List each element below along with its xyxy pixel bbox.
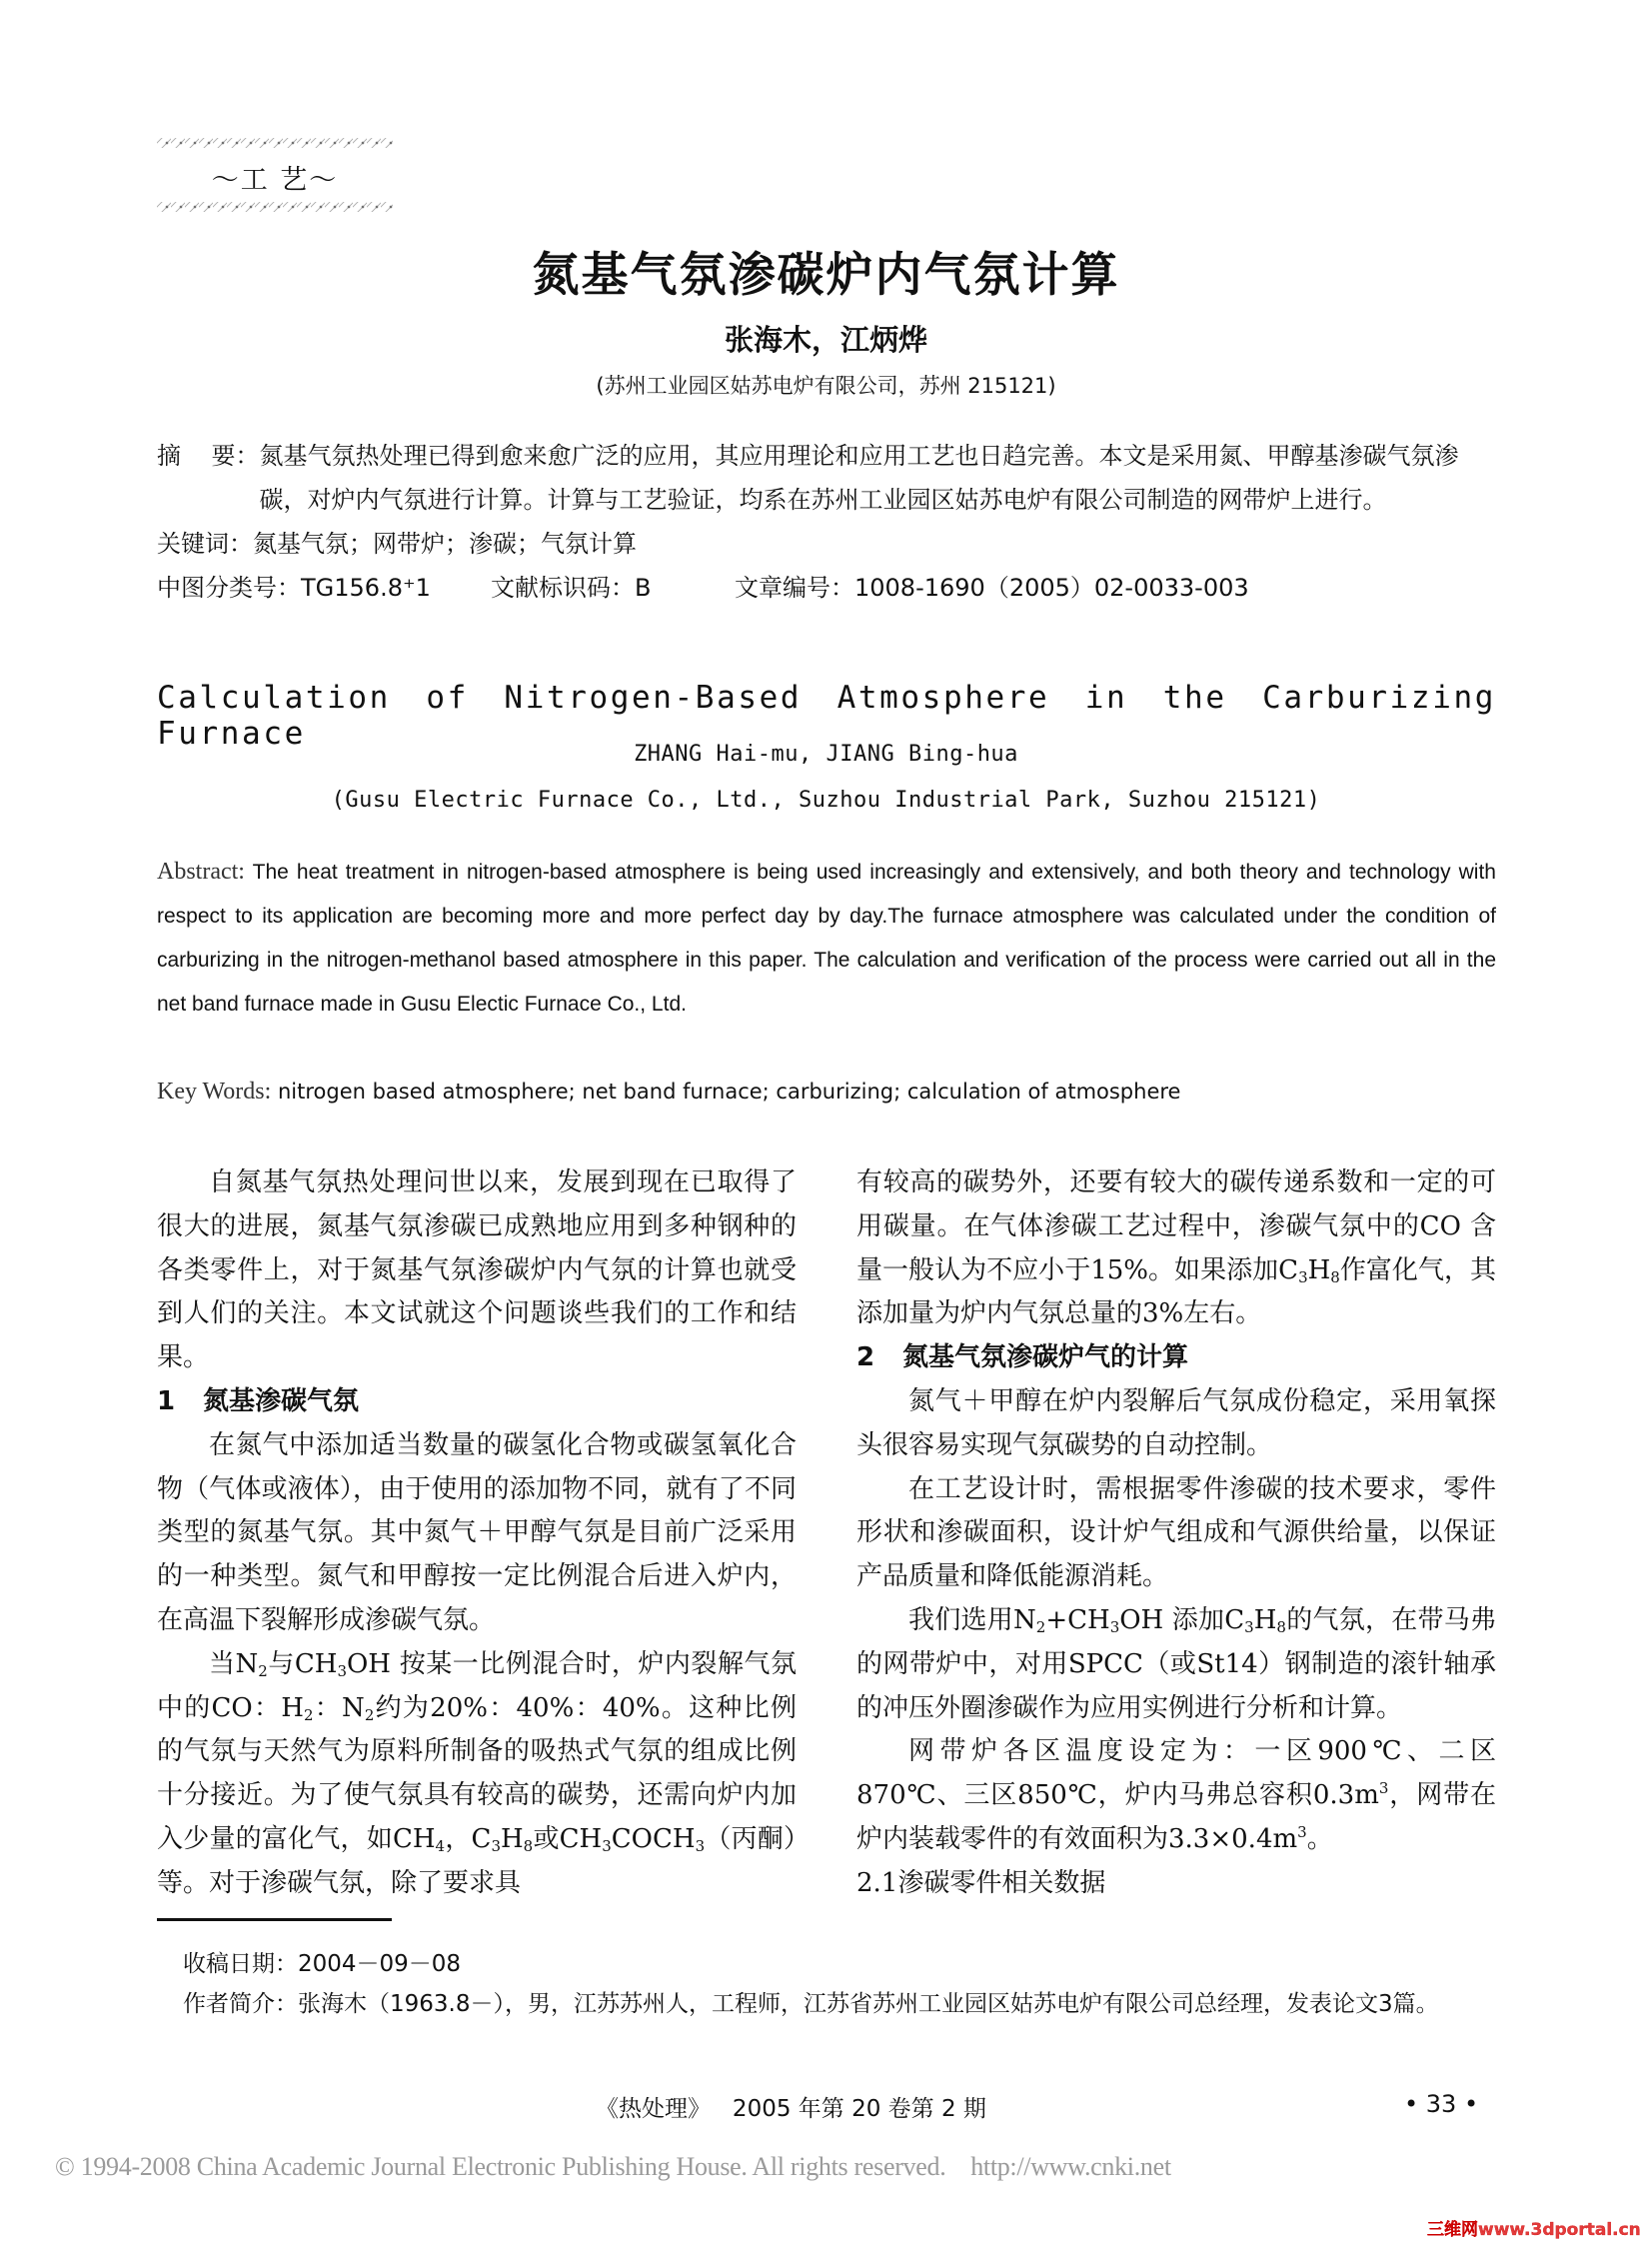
footnote-divider	[157, 1918, 392, 1921]
section-number: 2	[856, 1336, 902, 1380]
article-no-label: 文章编号：	[735, 566, 854, 610]
section-number: 1	[157, 1380, 203, 1424]
keywords-cn-text: 氮基气氛；网带炉；渗碳；气氛计算	[253, 522, 1496, 566]
subscript: 2	[258, 1662, 268, 1680]
clc-value: TG156.8⁺1	[301, 566, 491, 610]
subscript: 3	[696, 1837, 706, 1855]
text-run: ，C	[445, 1824, 491, 1854]
english-abstract-text: The heat treatment in nitrogen-based atm…	[157, 861, 1496, 1016]
keywords-cn: 关键词： 氮基气氛；网带炉；渗碳；气氛计算	[157, 522, 1496, 566]
affiliation-cn: (苏州工业园区姑苏电炉有限公司，苏州 215121)	[0, 370, 1652, 400]
received-label: 收稿日期：	[183, 1944, 298, 1984]
text-run: H	[501, 1824, 524, 1854]
paragraph-continued: 有较高的碳势外，还要有较大的碳传递系数和一定的可用碳量。在气体渗碳工艺过程中，渗…	[856, 1161, 1496, 1336]
text-run: +CH	[1045, 1605, 1109, 1635]
text-run: 。	[1307, 1824, 1333, 1854]
abstract-cn-row: 摘 要： 氮基气氛热处理已得到愈来愈广泛的应用，其应用理论和应用工艺也日趋完善。…	[157, 434, 1496, 522]
doc-code-label: 文献标识码：	[491, 566, 635, 610]
text-run: H	[1254, 1605, 1277, 1635]
subscript: 4	[436, 1837, 446, 1855]
text-run: H	[1308, 1255, 1331, 1285]
subscript: 2	[304, 1706, 314, 1724]
subsection-heading-2-1: 2.1渗碳零件相关数据	[856, 1862, 1496, 1906]
abstract-cn-label: 摘 要：	[157, 434, 260, 522]
subscript: 8	[1276, 1618, 1286, 1636]
site-watermark: 三维网www.3dportal.cn	[1427, 2215, 1641, 2240]
author-bio-label: 作者简介：	[183, 1984, 298, 2024]
paragraph-example: 我们选用N2+CH3OH 添加C3H8的气氛，在带马弗的网带炉中，对用SPCC（…	[856, 1599, 1496, 1730]
english-keywords-label: Key Words:	[157, 1079, 271, 1105]
subscript: 8	[524, 1837, 534, 1855]
superscript: 3	[1379, 1779, 1389, 1797]
subscript: 8	[1330, 1268, 1340, 1286]
text-run: COCH	[612, 1824, 696, 1854]
paragraph: 氮气＋甲醇在炉内裂解后气氛成份稳定，采用氧探头很容易实现气氛碳势的自动控制。	[856, 1380, 1496, 1468]
copyright-notice: © 1994-2008 China Academic Journal Elect…	[55, 2152, 1171, 2182]
decorative-wavy-line-bottom	[157, 202, 393, 212]
english-authors: ZHANG Hai-mu, JIANG Bing-hua	[0, 742, 1652, 767]
footnote-author: 作者简介： 张海木（1963.8－），男，江苏苏州人，工程师，江苏省苏州工业园区…	[183, 1984, 1502, 2024]
section-heading-2: 2氮基气氛渗碳炉气的计算	[856, 1336, 1496, 1380]
english-affiliation: (Gusu Electric Furnace Co., Ltd., Suzhou…	[0, 788, 1652, 813]
doc-code-value: B	[635, 566, 735, 610]
text-run: ：N	[314, 1693, 365, 1723]
body-column-right: 有较高的碳势外，还要有较大的碳传递系数和一定的可用碳量。在气体渗碳工艺过程中，渗…	[856, 1161, 1496, 1906]
subscript: 3	[491, 1837, 501, 1855]
received-value: 2004－09－08	[298, 1944, 1502, 1984]
abstract-cn: 摘 要： 氮基气氛热处理已得到愈来愈广泛的应用，其应用理论和应用工艺也日趋完善。…	[157, 434, 1496, 610]
classification-line: 中图分类号： TG156.8⁺1 文献标识码： B 文章编号： 1008-169…	[157, 566, 1496, 610]
paper-title: 氮基气氛渗碳炉内气氛计算	[0, 238, 1652, 305]
text-run: 与CH	[268, 1649, 338, 1679]
english-keywords-text: nitrogen based atmosphere; net band furn…	[278, 1080, 1181, 1104]
keywords-cn-label: 关键词：	[157, 522, 253, 566]
english-abstract: Abstract: The heat treatment in nitrogen…	[157, 850, 1496, 1027]
paragraph: 在氮气中添加适当数量的碳氢化合物或碳氢氧化合物（气体或液体），由于使用的添加物不…	[157, 1424, 797, 1643]
subscript: 3	[1298, 1268, 1308, 1286]
section-tag: ～工 艺～	[157, 158, 393, 197]
text-run: 我们选用N	[908, 1605, 1036, 1635]
english-keywords: Key Words: nitrogen based atmosphere; ne…	[157, 1070, 1496, 1114]
body-column-left: 自氮基气氛热处理问世以来，发展到现在已取得了很大的进展，氮基气氛渗碳已成熟地应用…	[157, 1161, 797, 1906]
english-abstract-label: Abstract:	[157, 859, 245, 885]
paragraph-intro: 自氮基气氛热处理问世以来，发展到现在已取得了很大的进展，氮基气氛渗碳已成熟地应用…	[157, 1161, 797, 1380]
abstract-cn-text: 氮基气氛热处理已得到愈来愈广泛的应用，其应用理论和应用工艺也日趋完善。本文是采用…	[260, 434, 1496, 522]
paragraph-composition: 当N2与CH3OH 按某一比例混合时，炉内裂解气氛中的CO：H2：N2约为20%…	[157, 1643, 797, 1906]
paragraph-temperatures: 网带炉各区温度设定为：一区900℃、二区870℃、三区850℃，炉内马弗总容积0…	[856, 1730, 1496, 1861]
subscript: 2	[1036, 1618, 1046, 1636]
superscript: 3	[1297, 1823, 1307, 1841]
subscript: 3	[602, 1837, 612, 1855]
subscript: 3	[1244, 1618, 1254, 1636]
page-number: • 33 •	[1404, 2090, 1478, 2118]
decorative-wavy-line-top	[157, 138, 393, 148]
footnote-received: 收稿日期： 2004－09－08	[183, 1944, 1502, 1984]
author-bio-text: 张海木（1963.8－），男，江苏苏州人，工程师，江苏省苏州工业园区姑苏电炉有限…	[298, 1984, 1502, 2024]
subscript: 3	[1110, 1618, 1120, 1636]
clc-label: 中图分类号：	[157, 566, 301, 610]
section-title: 氮基渗碳气氛	[203, 1386, 359, 1416]
footnotes: 收稿日期： 2004－09－08 作者简介： 张海木（1963.8－），男，江苏…	[183, 1944, 1502, 2024]
subscript: 3	[337, 1662, 347, 1680]
authors-cn: 张海木，江炳烨	[0, 318, 1652, 359]
subscript: 2	[365, 1706, 375, 1724]
paragraph: 在工艺设计时，需根据零件渗碳的技术要求，零件形状和渗碳面积，设计炉气组成和气源供…	[856, 1468, 1496, 1599]
section-title: 氮基气氛渗碳炉气的计算	[902, 1342, 1188, 1372]
article-no-value: 1008-1690（2005）02-0033-003	[854, 566, 1249, 610]
text-run: 当N	[209, 1649, 258, 1679]
text-run: 或CH	[533, 1824, 602, 1854]
journal-citation: 《热处理》 2005 年第 20 卷第 2 期	[596, 2090, 986, 2123]
text-run: OH 添加C	[1119, 1605, 1244, 1635]
section-heading-1: 1氮基渗碳气氛	[157, 1380, 797, 1424]
